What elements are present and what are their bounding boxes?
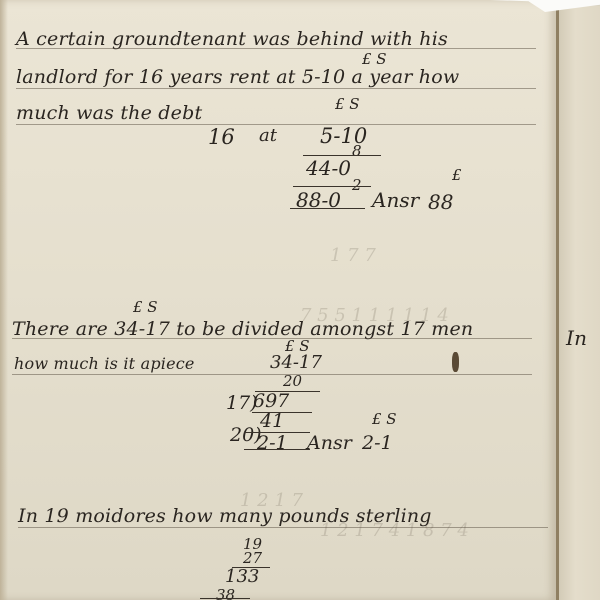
problem-2-line-1: There are 34-17 to be divided amongst 17… [12, 318, 473, 340]
work-multiplier-1: 8 [352, 142, 362, 160]
work-product: 133 [225, 566, 259, 587]
calc-rule [244, 449, 310, 450]
work-rate: 27 [243, 549, 262, 567]
problem-2-line-2: how much is it apiece [14, 354, 195, 373]
ruled-line [12, 338, 532, 339]
calc-rule [293, 186, 371, 187]
answer-label: Ansr [307, 432, 352, 454]
ruled-line [12, 374, 532, 375]
problem-1-line-3: much was the debt [16, 102, 202, 124]
answer-value: 2-1 [362, 432, 393, 454]
right-page [559, 6, 600, 600]
ruled-line [16, 88, 536, 89]
work-amount: 34-17 [270, 352, 322, 373]
work-result: 2-1 [257, 432, 288, 454]
work-years: 16 [208, 125, 235, 149]
problem-3-line-1: In 19 moidores how many pounds sterling [18, 505, 432, 527]
calc-rule [290, 208, 365, 209]
answer-units: £ [452, 166, 462, 184]
work-multiplier: 20 [283, 372, 302, 390]
ruled-line [18, 527, 548, 528]
quotient-1: 41 [260, 410, 284, 432]
answer-value: 88 [428, 190, 453, 214]
problem-1-line-2: landlord for 16 years rent at 5-10 a yea… [16, 66, 459, 88]
work-subtotal: 44-0 [306, 156, 351, 180]
bleed-through-text: 1 7 7 [330, 245, 376, 266]
work-at: at [259, 125, 277, 146]
work-units: £ S [335, 95, 360, 113]
units-label: £ S [133, 298, 158, 316]
work-multiplier-2: 2 [352, 176, 362, 194]
dividend-1: 697 [253, 390, 289, 412]
problem-1-line-1: A certain groundtenant was behind with h… [16, 28, 448, 50]
ink-blot [452, 352, 459, 372]
ruled-line [16, 48, 536, 49]
calc-rule [200, 598, 250, 599]
answer-units: £ S [372, 410, 397, 428]
answer-label: Ansr [372, 188, 419, 212]
right-page-fragment: In [566, 326, 587, 350]
